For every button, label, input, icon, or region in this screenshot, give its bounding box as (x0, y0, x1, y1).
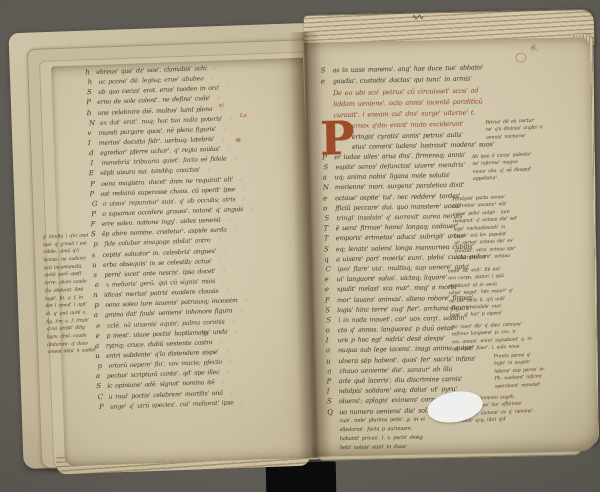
line-initial: C (325, 265, 337, 273)
line-text: gaudia'. custodis' doctos' qui tunc' in … (333, 75, 472, 86)
line-text: carne' scā lex populat' (454, 232, 507, 239)
line-text: infirmitas' uocatur' nōt' (453, 202, 507, 209)
line-initial: v (87, 129, 98, 137)
line-text: cuis'. inde' plurima pelis'. g. in ei (339, 416, 425, 424)
line-text: ligav. abiā. cauda (47, 333, 87, 340)
line-text: terre. aliam cauda (44, 279, 86, 286)
line-initial: a (96, 372, 107, 380)
line-text: oment delu' n audiet' (47, 348, 96, 355)
line-text: q'cui serpit' dilig (46, 326, 84, 333)
line-text: emporis' ertmetos' aduca' subrigit' artu… (336, 232, 465, 242)
line-initial: o (323, 204, 335, 212)
line-initial: F (90, 220, 101, 228)
line-text: chauo ueniente' die'. sanaur' ab illa (339, 365, 452, 375)
line-text: curauit'. i eneam cui' dns' surge' uiter… (333, 109, 475, 120)
line-text: lcanas. ne audiam' (43, 256, 86, 263)
line-initial: T (324, 235, 336, 243)
page-number: 6. (531, 43, 538, 52)
line-text: lagit'. fit. a. f. īn (45, 295, 83, 302)
line-text: rabile. almā q'ā (43, 249, 79, 256)
line-initial: Q (327, 408, 339, 416)
line-text: lege'. q' hur' p aipsos' (450, 311, 502, 318)
line-initial: S (87, 88, 98, 96)
line-initial: I (88, 139, 99, 147)
line-initial: h (88, 78, 99, 86)
line-initial: e (321, 78, 333, 86)
line-text: alledorns'. facta p aurinusm. (339, 426, 412, 433)
line-text: ernox q'dm erant' muto exciderunt' (352, 120, 464, 130)
line-text: eringis' cyratis' annis' petrus' aulis' (352, 130, 463, 140)
line-initial: E (89, 169, 100, 177)
line-text: fficiū peccare' dui. quo manstere' uocis… (335, 202, 461, 212)
line-initial: I (327, 387, 339, 395)
line-text: appellatur'. (473, 176, 499, 182)
marginal-gloss: Ab ipsa ē curas' palestis'ne' inferme' m… (472, 150, 585, 185)
line-text: octaue' ospite' tui'. nec reddere' tarde… (335, 191, 460, 201)
line-text: obdurare. q' duas (47, 341, 88, 348)
line-text: di. g' unā aurē a. (46, 310, 87, 317)
line-text: x melioris' gerū. qui cū signis' mias (106, 278, 225, 289)
line-text: det ī simul' ī agit' (45, 303, 86, 310)
line-initial: P (86, 98, 97, 106)
line-initial: o (326, 326, 338, 334)
line-text: Pranta pscna q' (494, 353, 531, 360)
line-text: fide coluber sinagoge sibilat' antro (104, 237, 219, 248)
line-initial: S (324, 214, 336, 222)
line-text: habaint' prices'. l. v. pacis' desig (340, 435, 423, 443)
line-text: refimur languens' p. xxx. n (451, 330, 515, 338)
line-text: eq; lenats' ualens' longa mansurnea cubi… (336, 242, 474, 253)
line-text: nra corpa. statim' ī spū (448, 274, 504, 282)
right-page: 6. Sas in uase manens'. ang' hae duce tu… (304, 37, 598, 456)
line-initial: C (98, 392, 109, 400)
line-initial: P (89, 190, 100, 198)
line-text: Ph. uuebant' infirmi' (495, 375, 543, 382)
line-text: ortarū oepere' fin'. vov macie; pfecto (108, 359, 231, 370)
marginal-gloss: Petrus' dē eā noctur'ne' q'a diuinas' an… (485, 116, 598, 143)
line-text: ut' certas' octaua die' ex' (454, 239, 514, 247)
line-initial: e (325, 286, 337, 294)
line-text: ulnera sēp habent'. quos' fer' sacris' i… (338, 354, 476, 365)
line-text: logis' in augsto (494, 360, 530, 367)
marginal-gloss: Pranta pscna q'logis' in augstolabens' s… (494, 350, 598, 392)
line-text: labens' sup pacns' in. (494, 367, 545, 374)
line-text: ure p hoc egi' nidris' desē alexps' (338, 334, 445, 344)
text-line: hela' uoluis' eum' in duus' (328, 442, 500, 454)
line-text: g' Oculta ī q'ia aspi (42, 233, 88, 240)
line-initial: e (325, 275, 337, 283)
line-initial: p (97, 362, 108, 370)
line-initial: P (99, 402, 110, 410)
line-text: sperabant' monaist' (495, 382, 540, 389)
line-text: lage' michaelisandi' in (454, 225, 506, 232)
line-initial: b (87, 108, 98, 116)
line-initial: a (327, 367, 339, 375)
line-initial: P (90, 179, 101, 187)
line-text: Paralysis' pacto annos' (452, 195, 505, 202)
line-text: i in nada mouet'. cor' uox corp'. uoddm' (338, 314, 466, 324)
manuscript-photo: ∿∿ hebreus' que' dz' uoe'. clamabis' ach… (0, 0, 600, 492)
line-text: Petrus' dē eā noctur' (485, 119, 534, 126)
line-initial: P (91, 210, 102, 218)
line-text: eius' comers' iudens' lustrauit' modens'… (352, 140, 494, 151)
line-initial: N (89, 119, 100, 127)
line-text: hela' uoluis' eum' in duus' (340, 444, 407, 451)
line-text: resurrectiō erit'. octaua (455, 254, 510, 261)
line-text: De eo ubi scs' petrus' cū circuisset' sc… (333, 86, 478, 97)
line-text: liddam ueniens'. octo annis' iacentē par… (333, 97, 483, 108)
line-initial: I (90, 159, 101, 167)
line-text: as in uase manens'. ang' hae duce tue' a… (333, 63, 484, 74)
line-text: noē. q' g'mali ī eui (43, 241, 87, 248)
line-text: alia q' ī mirabile' mar. (449, 304, 501, 311)
marginal-gloss: hic mori' ille' q' dies' connaw'refimur … (451, 320, 564, 355)
line-text: auriā aurē apofī (44, 272, 81, 279)
line-initial: G (92, 200, 103, 208)
line-text: annuis' nocturne' (486, 134, 526, 141)
line-initial: I (326, 336, 338, 344)
line-initial: a (323, 174, 335, 182)
red-correction-mark: nc̄ (218, 104, 224, 109)
line-initial: h (85, 68, 96, 76)
quire-mark: ∿∿ (411, 12, 423, 22)
line-text: morienne' mori. surgens' paraletico dixi… (335, 181, 465, 191)
line-text: fig. t're a. f. irruit' (46, 318, 88, 325)
line-initial: T (324, 224, 336, 232)
line-text: mirabunt' et in aevū (448, 282, 496, 289)
line-initial: S (326, 316, 338, 324)
line-text: na die' sicla ē. q'ū uult' (449, 297, 505, 305)
line-initial: S (324, 245, 336, 253)
opening-lines: Sas in uase manens'. ang' hae duce tue' … (321, 63, 493, 89)
line-initial: P (326, 377, 338, 385)
line-initial: S (327, 398, 339, 406)
line-text: oc pcone' dē. legisq; erue' abubea (99, 75, 213, 86)
line-initial: u (326, 357, 338, 365)
marginal-gloss: Paralysis' pacto annos'infirmitas' uocat… (452, 192, 567, 264)
line-initial: a (326, 347, 338, 355)
line-text: ilia obdurat. Snē (45, 287, 83, 294)
drop-cap-initial: P (319, 116, 354, 161)
line-initial: S (96, 382, 107, 390)
left-page: hebreus' que' dz' uoe'. clamabis' achiho… (51, 58, 317, 467)
line-text: ne' inferme' magna (472, 160, 518, 167)
line-text: unde' sit' exit'. Itē eni' (448, 267, 501, 274)
line-initial: S (325, 306, 337, 314)
line-initial: F (325, 296, 337, 304)
line-initial: e (323, 194, 335, 202)
red-correction-mark: La (240, 113, 247, 119)
line-text: ne' q'a diuinas' anglis' e (486, 126, 543, 134)
marginal-gloss: unde' sit' exit'. Itē eni'nra corpa. sta… (448, 264, 562, 321)
line-text: ndolpis' solidare' aeq; dolus' ut' pyru' (339, 385, 457, 395)
line-text: ocū incantancdū. (44, 264, 83, 271)
ring-stain (515, 53, 526, 63)
line-text: tringi' insolubi' q' surrexit' aurea ner… (336, 212, 463, 222)
line-initial: d (89, 149, 100, 157)
line-initial: N (323, 184, 335, 192)
left-marginal-gloss: g' Oculta ī q'ia aspinoē. q' g'mali ī eu… (42, 232, 121, 358)
line-text: xpulit' melasi' sca mar'. mag' a morbi' (337, 283, 458, 293)
line-initial: q (324, 255, 336, 263)
line-initial: S (321, 66, 333, 74)
